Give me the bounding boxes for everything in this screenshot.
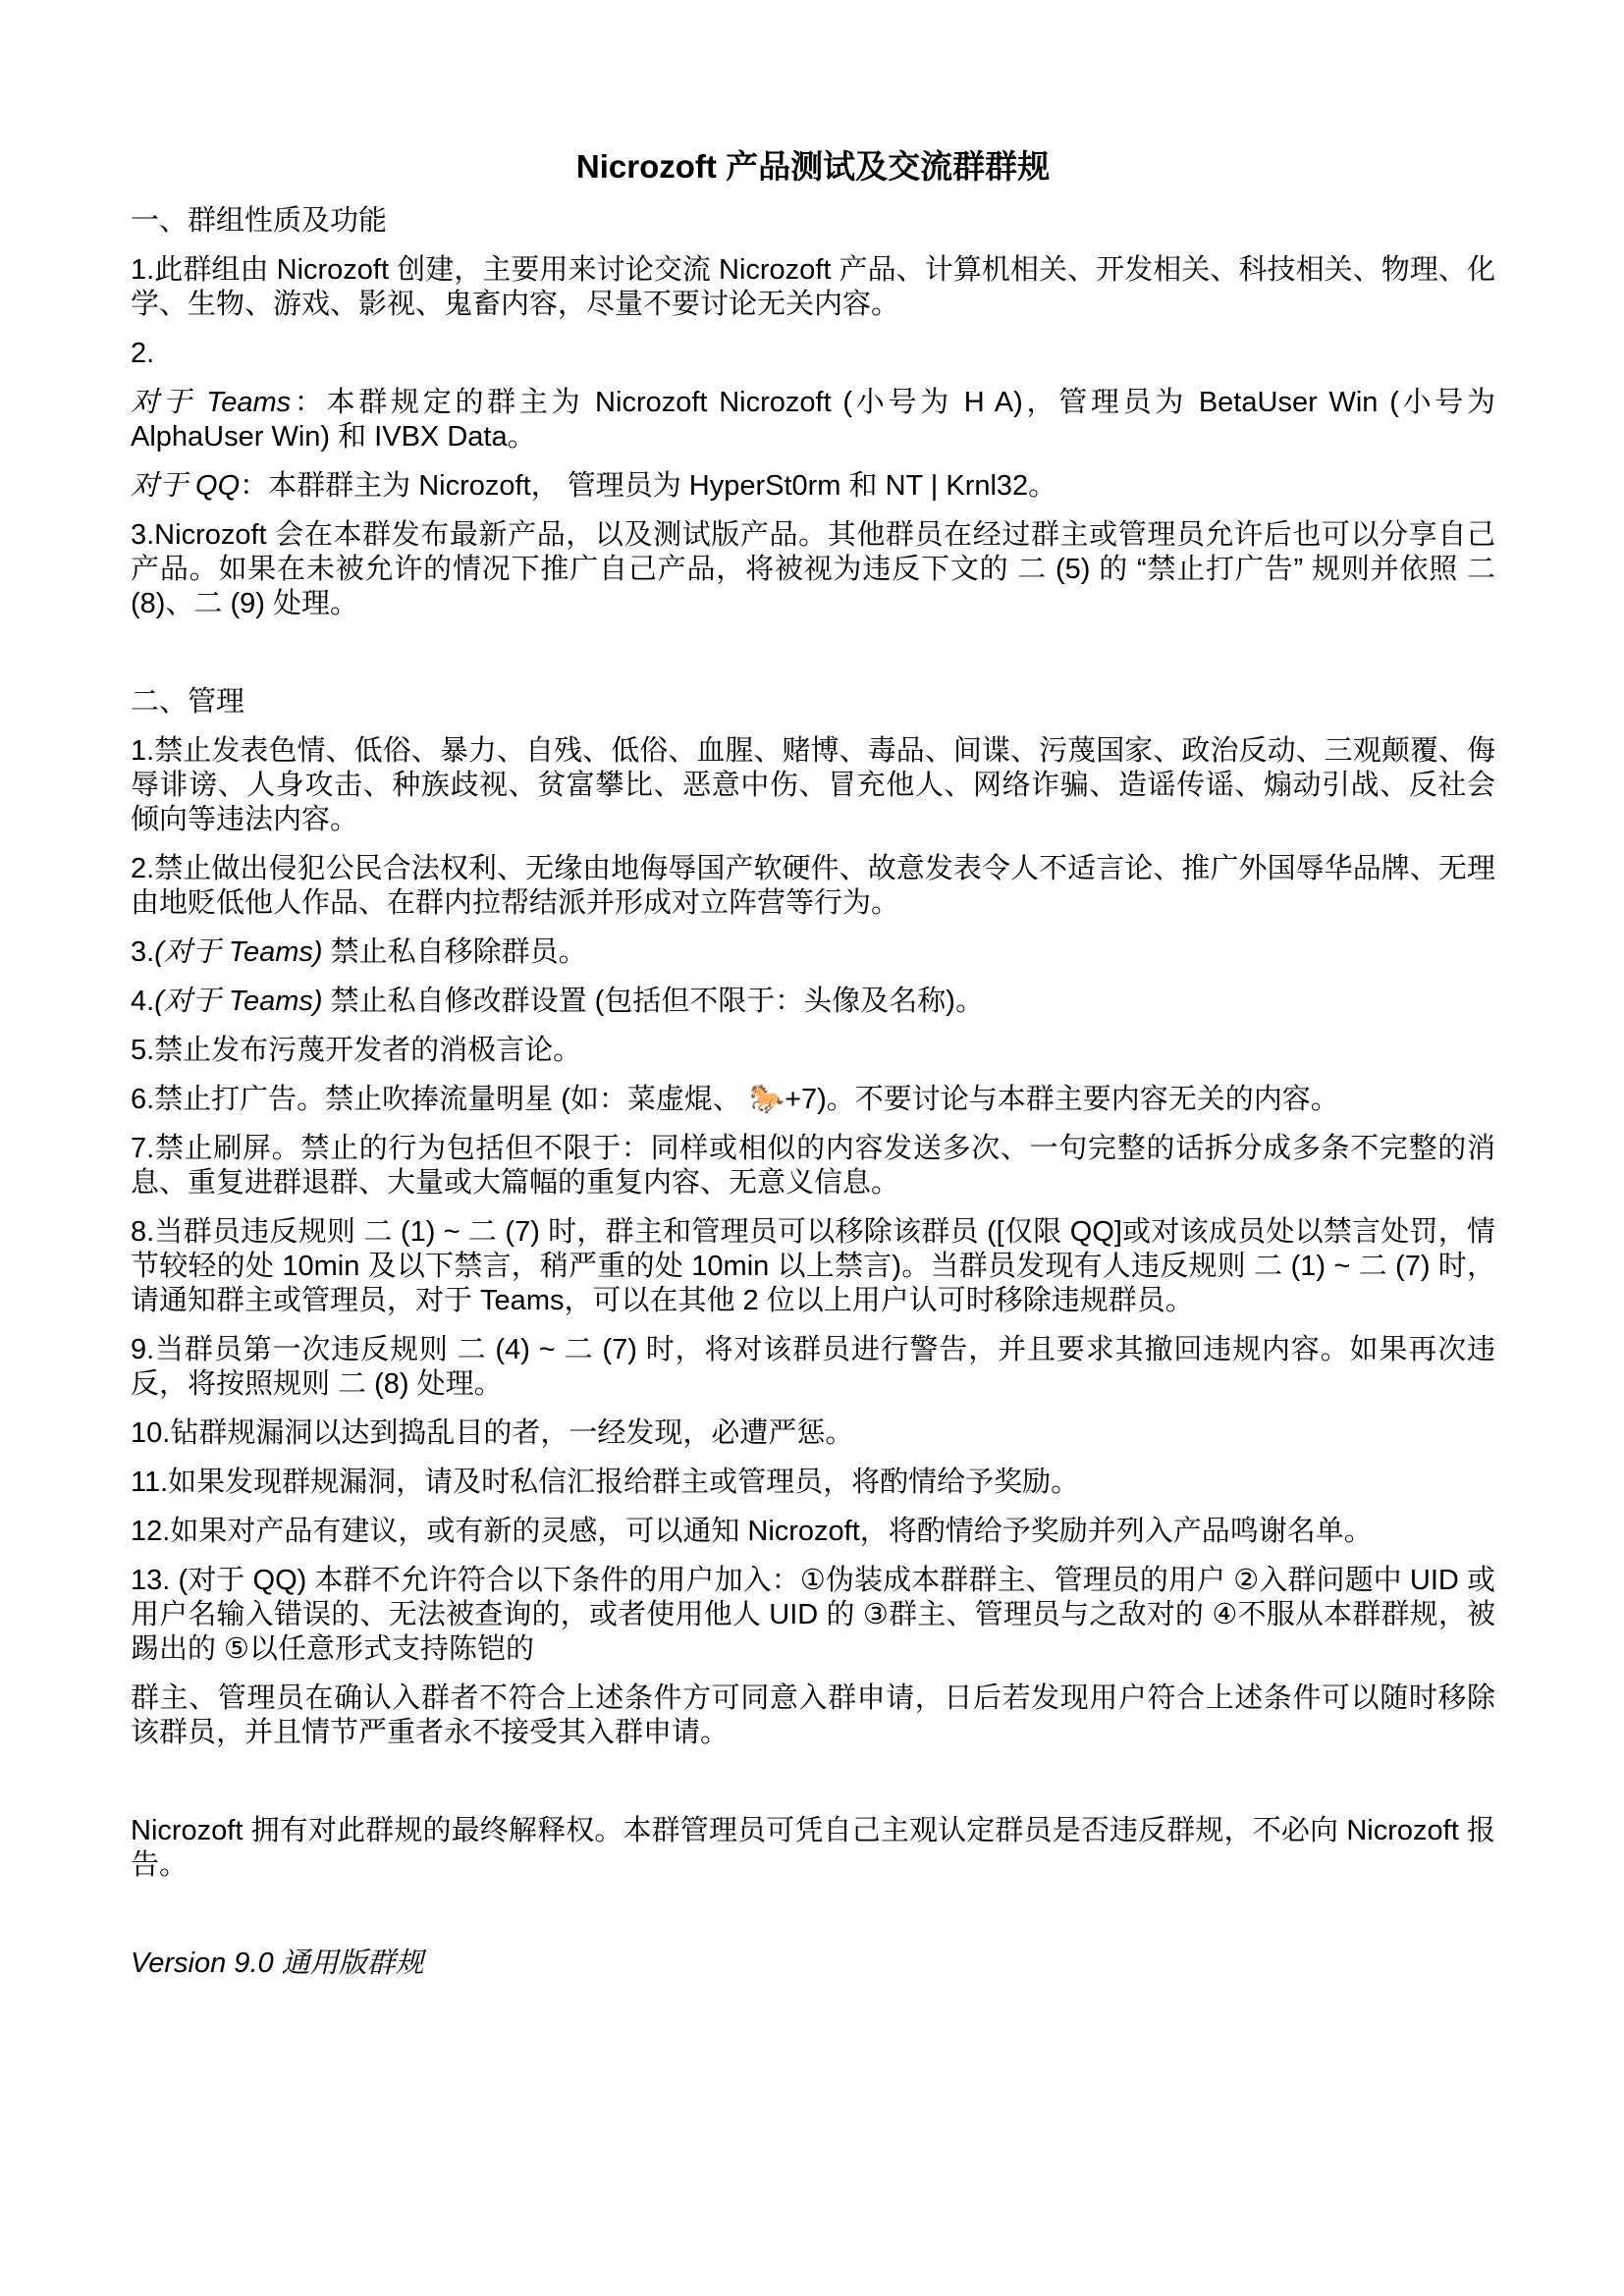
rule-2-6: 6.禁止打广告。禁止吹捧流量明星 (如：菜虚焜、 🐎+7)。不要讨论与本群主要内… [131, 1083, 1495, 1117]
section-2-heading: 二、管理 [131, 685, 1495, 720]
text-run: 禁止私自修改群设置 (包括但不限于：头像及名称)。 [323, 986, 984, 1017]
text-run: Nicrozoft 拥有对此群规的最终解释权。本群管理员可凭自己主观认定群员是否… [131, 1815, 1495, 1881]
text-run: 4. [131, 986, 154, 1017]
blank-line [131, 636, 1495, 670]
text-run: (对于 Teams) [154, 936, 322, 968]
text-run: (对于 Teams) [154, 986, 322, 1017]
text-run: 1.此群组由 Nicrozoft 创建，主要用来讨论交流 Nicrozoft 产… [131, 254, 1495, 320]
text-run: 3.Nicrozoft 会在本群发布最新产品，以及测试版产品。其他群员在经过群主… [131, 519, 1495, 619]
document-title: Nicrozoft 产品测试及交流群群规 [131, 147, 1495, 187]
text-run: 1.禁止发表色情、低俗、暴力、自残、低俗、血腥、赌博、毒品、间谍、污蔑国家、政治… [131, 735, 1495, 835]
text-run: ：本群群主为 Nicrozoft， 管理员为 HyperSt0rm 和 NT |… [240, 470, 1056, 502]
rule-2-9: 9.当群员第一次违反规则 二 (4) ~ 二 (7) 时，将对该群员进行警告，并… [131, 1333, 1495, 1402]
text-run: 群主、管理员在确认入群者不符合上述条件方可同意入群申请，日后若发现用户符合上述条… [131, 1682, 1495, 1748]
text-run: 11.如果发现群规漏洞，请及时私信汇报给群主或管理员，将酌情给予奖励。 [131, 1467, 1079, 1498]
rule-1-3: 3.Nicrozoft 会在本群发布最新产品，以及测试版产品。其他群员在经过群主… [131, 518, 1495, 621]
rule-2-13-note: 群主、管理员在确认入群者不符合上述条件方可同意入群申请，日后若发现用户符合上述条… [131, 1682, 1495, 1750]
text-run: 对于 Teams [131, 387, 291, 418]
blank-line [131, 1897, 1495, 1932]
text-run: 7.禁止刷屏。禁止的行为包括但不限于：同样或相似的内容发送多次、一句完整的话拆分… [131, 1133, 1495, 1199]
text-run: 9.当群员第一次违反规则 二 (4) ~ 二 (7) 时，将对该群员进行警告，并… [131, 1334, 1495, 1400]
text-run: ：本群规定的群主为 Nicrozoft Nicrozoft (小号为 H A)，… [131, 387, 1495, 453]
rule-2-5: 5.禁止发布污蔑开发者的消极言论。 [131, 1034, 1495, 1068]
rule-2-3: 3.(对于 Teams) 禁止私自移除群员。 [131, 935, 1495, 970]
text-run: 一、群组性质及功能 [131, 205, 387, 237]
text-run: 10.钻群规漏洞以达到捣乱目的者，一经发现，必遭严惩。 [131, 1417, 853, 1449]
rule-2-7: 7.禁止刷屏。禁止的行为包括但不限于：同样或相似的内容发送多次、一句完整的话拆分… [131, 1132, 1495, 1201]
rule-2-8: 8.当群员违反规则 二 (1) ~ 二 (7) 时，群主和管理员可以移除该群员 … [131, 1215, 1495, 1318]
text-run: 禁止私自移除群员。 [323, 936, 587, 968]
rule-1-2-qq: 对于 QQ：本群群主为 Nicrozoft， 管理员为 HyperSt0rm 和… [131, 469, 1495, 504]
text-run: 2.禁止做出侵犯公民合法权利、无缘由地侮辱国产软硬件、故意发表令人不适言论、推广… [131, 853, 1495, 919]
text-run: Version 9.0 通用版群规 [131, 1948, 424, 1979]
rule-2-1: 1.禁止发表色情、低俗、暴力、自残、低俗、血腥、赌博、毒品、间谍、污蔑国家、政治… [131, 734, 1495, 837]
rule-2-12: 12.如果对产品有建议，或有新的灵感，可以通知 Nicrozoft，将酌情给予奖… [131, 1515, 1495, 1549]
text-run: +7)。不要讨论与本群主要内容无关的内容。 [785, 1084, 1339, 1115]
document-body: 一、群组性质及功能1.此群组由 Nicrozoft 创建，主要用来讨论交流 Ni… [131, 204, 1495, 1981]
text-run: 6.禁止打广告。禁止吹捧流量明星 (如：菜虚焜、 [131, 1084, 749, 1115]
text-run: 12.如果对产品有建议，或有新的灵感，可以通知 Nicrozoft，将酌情给予奖… [131, 1516, 1373, 1547]
version-line: Version 9.0 通用版群规 [131, 1947, 1495, 1981]
document-page: Nicrozoft 产品测试及交流群群规 一、群组性质及功能1.此群组由 Nic… [0, 0, 1624, 2296]
rule-2-4: 4.(对于 Teams) 禁止私自修改群设置 (包括但不限于：头像及名称)。 [131, 985, 1495, 1019]
text-run: 13. (对于 QQ) 本群不允许符合以下条件的用户加入：①伪装成本群群主、管理… [131, 1565, 1495, 1665]
text-run: 3. [131, 936, 154, 968]
rule-1-2: 2. [131, 337, 1495, 371]
rule-1-1: 1.此群组由 Nicrozoft 创建，主要用来讨论交流 Nicrozoft 产… [131, 253, 1495, 322]
text-run: 8.当群员违反规则 二 (1) ~ 二 (7) 时，群主和管理员可以移除该群员 … [131, 1216, 1495, 1316]
text-run: 5.禁止发布污蔑开发者的消极言论。 [131, 1035, 581, 1066]
rule-2-10: 10.钻群规漏洞以达到捣乱目的者，一经发现，必遭严惩。 [131, 1416, 1495, 1451]
section-1-heading: 一、群组性质及功能 [131, 204, 1495, 239]
horse-emoji: 🐎 [749, 1084, 785, 1115]
rule-2-2: 2.禁止做出侵犯公民合法权利、无缘由地侮辱国产软硬件、故意发表令人不适言论、推广… [131, 852, 1495, 921]
rule-2-13: 13. (对于 QQ) 本群不允许符合以下条件的用户加入：①伪装成本群群主、管理… [131, 1564, 1495, 1667]
final-interpretation-clause: Nicrozoft 拥有对此群规的最终解释权。本群管理员可凭自己主观认定群员是否… [131, 1814, 1495, 1883]
text-run: 2. [131, 338, 154, 369]
rule-1-2-teams: 对于 Teams：本群规定的群主为 Nicrozoft Nicrozoft (小… [131, 386, 1495, 454]
text-run: 对于 QQ [131, 470, 240, 502]
text-run: 二、管理 [131, 686, 244, 718]
rule-2-11: 11.如果发现群规漏洞，请及时私信汇报给群主或管理员，将酌情给予奖励。 [131, 1466, 1495, 1500]
blank-line [131, 1765, 1495, 1799]
